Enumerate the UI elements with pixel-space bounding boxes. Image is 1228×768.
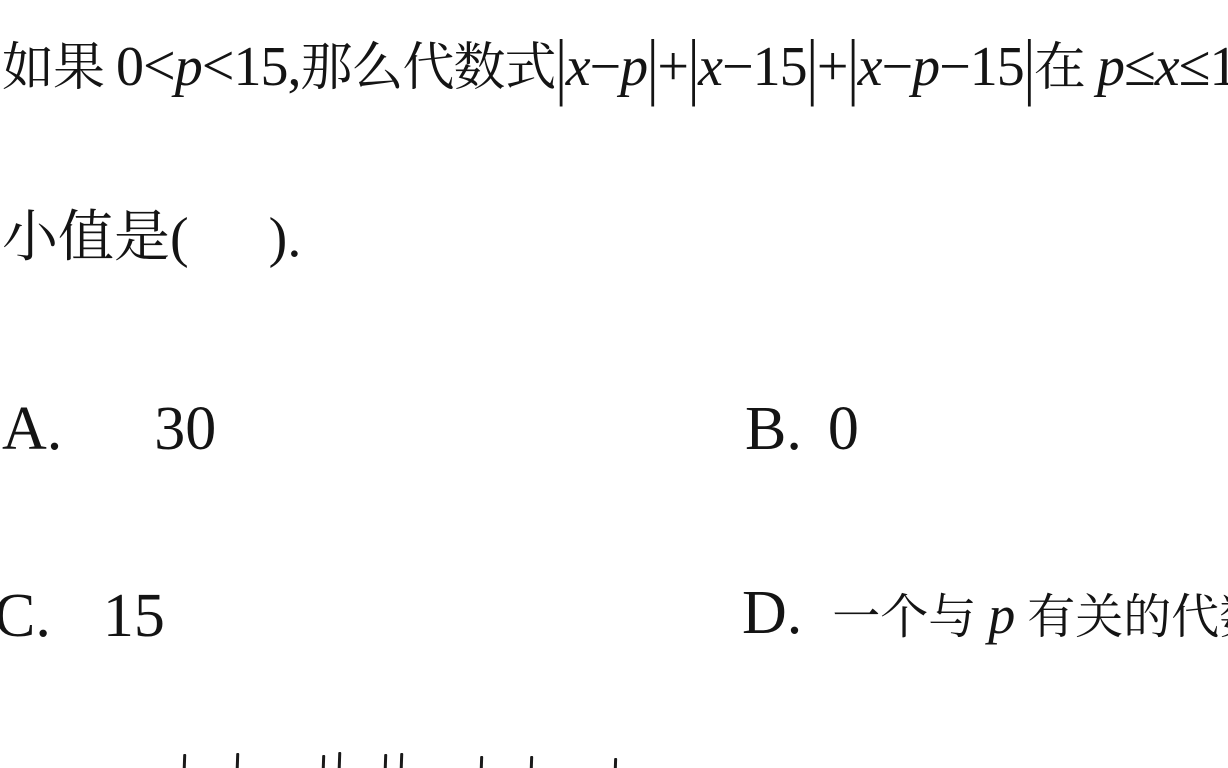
token-rel: ≤ [1179,33,1210,98]
option-b: B.0 [745,398,859,460]
token-op: + [657,36,688,98]
cutoff-stroke-marks [0,0,1228,768]
token-it: p [175,36,202,98]
token-cjk: 在 [1034,40,1097,97]
token-cjk: 那么代数式 [300,40,555,97]
problem-stem-line1: 如果 0<p<15,那么代数式|x−p|+|x−15|+|x−p−15|在 p≤… [2,34,1228,99]
token-it: x [858,36,882,98]
scanned-problem-sheet: 如果 0<p<15,那么代数式|x−p|+|x−15|+|x−p−15|在 p≤… [0,0,1228,768]
option-d: D.一个与 p 有关的代数式 [742,582,1228,644]
token-up: , [287,36,300,98]
cutoff-stroke-mark [322,755,325,768]
token-bar: | [688,27,698,108]
option-c-label: C. [0,582,51,650]
token-bar: | [1024,27,1034,108]
token-up: . [287,207,301,269]
option-a: A.30 [2,398,216,460]
token-bar: | [555,27,565,108]
token-up: 15 [970,36,1024,98]
cutoff-stroke-mark [384,754,387,768]
token-it: p [620,36,647,98]
option-b-label: B. [745,395,802,463]
token-paren: ( [170,207,189,269]
cutoff-stroke-mark [183,754,186,768]
token-op: − [590,36,621,98]
cutoff-stroke-mark [236,753,240,768]
token-it: p [1097,36,1124,98]
token-up: 15 [753,36,807,98]
token-cjk: 有关的代数式 [1015,591,1228,644]
option-a-label: A. [2,395,62,463]
token-rel: < [143,33,175,98]
token-it: p [912,36,939,98]
option-d-label: D. [742,579,802,647]
token-paren: ) [269,207,288,269]
token-rel: < [202,33,234,98]
option-a-value: 30 [154,395,216,463]
token-up: 15 [1209,36,1228,98]
token-cjk: 如果 [2,40,116,97]
token-it: x [698,36,722,98]
token-up: 15 [233,36,287,98]
cutoff-stroke-mark [530,756,533,768]
option-c: C.15 [0,585,165,647]
token-bar: | [807,27,817,108]
token-rel: ≤ [1124,33,1155,98]
token-op: + [817,36,848,98]
token-it: x [1155,36,1179,98]
token-up: 0 [116,36,143,98]
option-c-value: 15 [103,582,165,650]
token-bar: | [847,27,857,108]
token-cjk: 小值是 [2,207,170,269]
token-bar: | [647,27,657,108]
cutoff-stroke-mark [480,756,483,768]
token-it: x [566,36,590,98]
cutoff-stroke-mark [400,753,404,768]
cutoff-stroke-mark [338,752,342,768]
token-op: − [722,36,753,98]
token-cjk: 一个与 [832,591,988,644]
token-it: p [988,585,1015,645]
token-op: − [882,36,913,98]
option-b-value: 0 [828,395,859,463]
problem-stem-line2: 小值是(). [2,208,301,270]
option-d-value: 一个与 p 有关的代数式 [832,579,1228,647]
cutoff-stroke-mark [614,758,617,768]
token-op: − [939,36,970,98]
